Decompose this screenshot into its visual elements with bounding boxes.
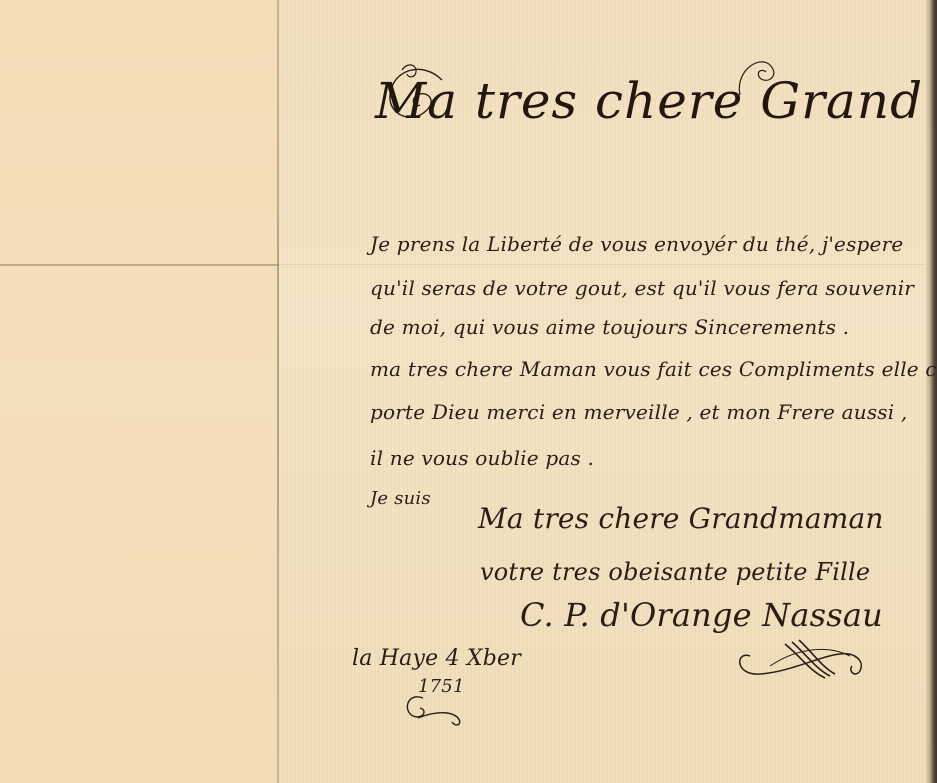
body-line-5: porte Dieu merci en merveille , et mon F… <box>370 400 907 424</box>
signature: C. P. d'Orange Nassau <box>520 596 883 634</box>
body-line-6: il ne vous oublie pas . <box>370 446 594 470</box>
je-suis-text: Je suis <box>370 488 431 509</box>
body-line-4: ma tres chere Maman vous fait ces Compli… <box>370 357 937 381</box>
place-date: la Haye 4 Xber <box>352 646 521 671</box>
faint-fold-line <box>279 264 925 265</box>
body-line-2: qu'il seras de votre gout, est qu'il vou… <box>370 276 914 300</box>
salutation: Ma tres chere Grand Maman <box>375 72 937 130</box>
body-line-3: de moi, qui vous aime toujours Sincereme… <box>370 315 849 339</box>
date-scroll-flourish-icon <box>398 690 488 730</box>
vertical-fold-line <box>277 0 279 783</box>
closing-address: Ma tres chere Grandmaman <box>478 502 884 535</box>
closing-valediction: votre tres obeisante petite Fille <box>480 558 870 586</box>
body-line-1: Je prens la Liberté de vous envoyér du t… <box>370 232 903 256</box>
blank-left-panel <box>0 0 278 783</box>
letter-sheet: Ma tres chere Grand Maman Je prens la Li… <box>0 0 937 783</box>
horizontal-fold-line <box>0 264 279 266</box>
signature-paraph-flourish-icon <box>730 636 880 686</box>
